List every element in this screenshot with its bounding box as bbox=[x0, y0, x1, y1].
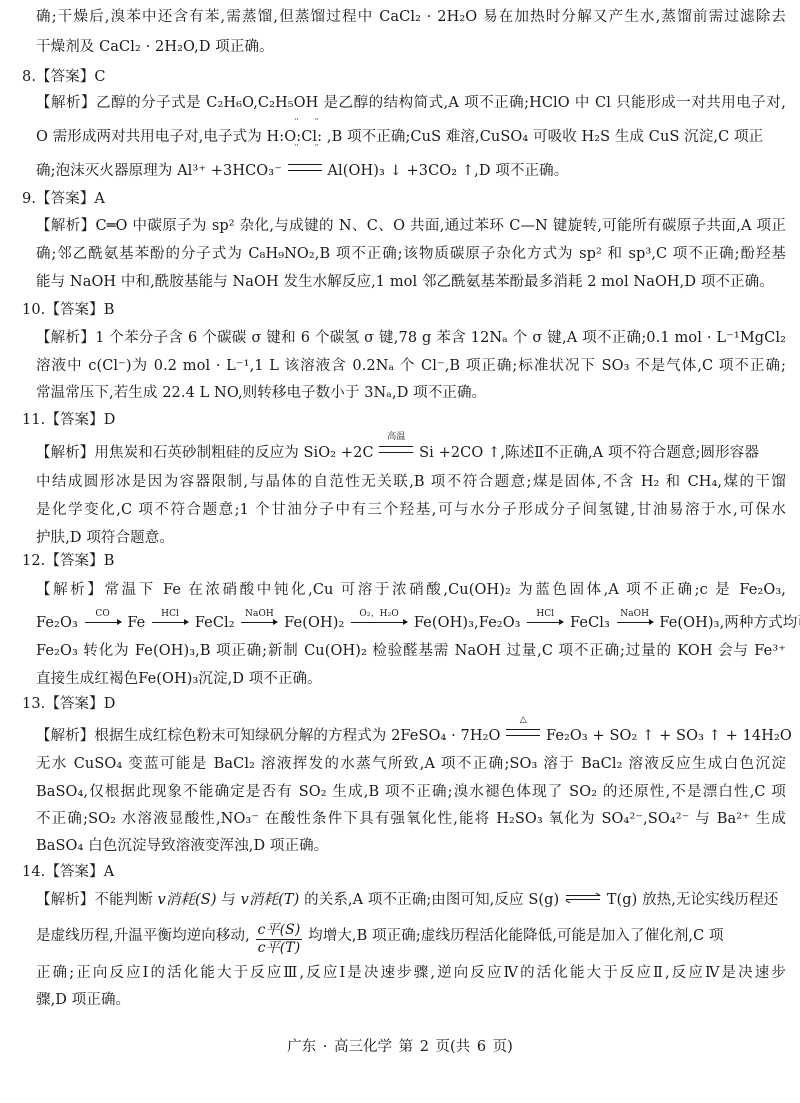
text-line: BaSO₄ 白色沉淀导致溶液变浑浊,D 项正确。 bbox=[36, 836, 328, 856]
text-line: 不正确;SO₂ 水溶液显酸性,NO₃⁻ 在酸性条件下具有强氧化性,能将 H₂SO… bbox=[36, 809, 786, 829]
text-span: O 需形成两对共用电子对,电子式为 bbox=[36, 129, 262, 145]
text-line: O 需形成两对共用电子对,电子式为 H:O:Cl: ¨ ¨ ¨ ¨ ,B 项不正… bbox=[36, 127, 763, 147]
text-line: 确;邻乙酰氨基苯酚的分子式为 C₈H₉NO₂,B 项不正确;该物质碳原子杂化方式… bbox=[36, 244, 786, 264]
text-line: 护肤,D 项符合题意。 bbox=[36, 528, 174, 548]
question-8-answer: 8.【答案】C bbox=[22, 67, 106, 87]
equilibrium-arrow-icon bbox=[566, 894, 600, 901]
text-line: 溶液中 c(Cl⁻)为 0.2 mol · L⁻¹,1 L 该溶液含 0.2Nₐ… bbox=[36, 356, 786, 376]
text-line: 确;干燥后,溴苯中还含有苯,需蒸馏,但蒸馏过程中 CaCl₂ · 2H₂O 易在… bbox=[36, 7, 786, 27]
answer-key-page: 确;干燥后,溴苯中还含有苯,需蒸馏,但蒸馏过程中 CaCl₂ · 2H₂O 易在… bbox=[0, 0, 800, 1103]
equals-sign-icon bbox=[506, 729, 540, 736]
text-span: 【解析】用焦炭和石英砂制粗硅的反应为 SiO₂ +2C bbox=[36, 445, 374, 461]
species: FeCl₃ bbox=[570, 615, 610, 631]
text-line: 常温常压下,若生成 22.4 L NO,则转移电子数小于 3Nₐ,D 项不正确。 bbox=[36, 383, 486, 403]
lone-pair-dots: ¨ ¨ bbox=[267, 121, 323, 127]
text-span: T(g) 放热,无论实线历程还 bbox=[607, 892, 779, 908]
reaction-condition: 高温 bbox=[378, 443, 414, 463]
text-span: 【解析】根据生成红棕色粉末可知绿矾分解的方程式为 2FeSO₄ · 7H₂O bbox=[36, 728, 501, 744]
text-span: Si +2CO ↑,陈述Ⅱ不正确,A 项不符合题意;圆形容器 bbox=[419, 445, 759, 461]
text-span: 是虚线历程,升温平衡均逆向移动, bbox=[36, 928, 250, 944]
equals-sign-icon bbox=[379, 446, 413, 453]
question-13-answer: 13.【答案】D bbox=[22, 694, 116, 714]
text-span: Al(OH)₃ ↓ +3CO₂ ↑,D 项不正确。 bbox=[327, 163, 568, 179]
text-span: 【解析】不能判断 bbox=[36, 892, 153, 908]
reaction-condition: △ bbox=[505, 726, 541, 746]
text-line: 无水 CuSO₄ 变蓝可能是 BaCl₂ 溶液挥发的水蒸气所致,A 项不正确;S… bbox=[36, 754, 786, 774]
lewis-structure-hocl: H:O:Cl: ¨ ¨ ¨ ¨ bbox=[267, 127, 323, 147]
species: Fe(OH)₃,Fe₂O₃ bbox=[414, 615, 521, 631]
lone-pair-dots: ¨ ¨ bbox=[267, 147, 323, 153]
text-line: 【解析】C═O 中碳原子为 sp² 杂化,与成键的 N、C、O 共面,通过苯环 … bbox=[36, 216, 786, 236]
text-line: 【解析】常温下 Fe 在浓硝酸中钝化,Cu 可溶于浓硝酸,Cu(OH)₂ 为蓝色… bbox=[36, 580, 786, 600]
question-9-answer: 9.【答案】A bbox=[22, 189, 105, 209]
heat-symbol-icon: △ bbox=[505, 715, 541, 725]
species: FeCl₂ bbox=[195, 615, 235, 631]
species: Fe(OH)₂ bbox=[284, 615, 344, 631]
question-10-answer: 10.【答案】B bbox=[22, 300, 115, 320]
rate-term: v消耗(T) bbox=[241, 892, 300, 908]
text-span: 确;泡沫灭火器原理为 Al³⁺ +3HCO₃⁻ bbox=[36, 163, 282, 179]
text-line: Fe₂O₃ 转化为 Fe(OH)₃,B 项正确;新制 Cu(OH)₂ 检验醛基需… bbox=[36, 641, 786, 661]
text-span: ,B 项不正确;CuS 难溶,CuSO₄ 可吸收 H₂S 生成 CuS 沉淀,C… bbox=[327, 129, 763, 145]
text-line: 正确;正向反应Ⅰ的活化能大于反应Ⅲ,反应Ⅰ是决速步骤,逆向反应Ⅳ的活化能大于反应… bbox=[36, 963, 786, 983]
reaction-scheme-line: Fe₂O₃ CO Fe HCl FeCl₂ NaOH Fe(OH)₂ O₂、H₂… bbox=[36, 613, 800, 633]
text-span: 与 bbox=[221, 892, 236, 908]
text-line: 是虚线历程,升温平衡均逆向移动, c平(S) c平(T) 均增大,B 项正确;虚… bbox=[36, 922, 724, 942]
reaction-arrow-icon: O₂、H₂O bbox=[351, 622, 407, 623]
question-12-answer: 12.【答案】B bbox=[22, 551, 115, 571]
text-span: 均增大,B 项正确;虚线历程活化能降低,可能是加入了催化剂,C 项 bbox=[308, 928, 723, 944]
text-span: Fe₂O₃ + SO₂ ↑ + SO₃ ↑ + 14H₂O ↑。 bbox=[546, 728, 800, 744]
reaction-arrow-icon: NaOH bbox=[617, 622, 653, 623]
text-line: 中结成圆形冰是因为容器限制,与晶体的自范性无关联,B 项不符合题意;煤是固体,不… bbox=[36, 472, 786, 492]
fraction-denominator: c平(T) bbox=[256, 940, 303, 957]
species: Fe bbox=[127, 615, 145, 631]
text-line: BaSO₄,仅根据此现象不能确定是否有 SO₂ 生成,B 项不正确;溴水褪色体现… bbox=[36, 782, 786, 802]
reaction-arrow-icon: HCl bbox=[152, 622, 188, 623]
fraction-numerator: c平(S) bbox=[256, 922, 303, 940]
text-line: 能与 NaOH 中和,酰胺基能与 NaOH 发生水解反应,1 mol 邻乙酰氨基… bbox=[36, 272, 774, 292]
reaction-arrow-icon: NaOH bbox=[241, 622, 277, 623]
reaction-arrow-icon: CO bbox=[85, 622, 121, 623]
lewis-formula: H:O:Cl: bbox=[267, 129, 323, 145]
page-footer: 广东 · 高三化学 第 2 页(共 6 页) bbox=[0, 1035, 800, 1056]
text-line: 确;泡沫灭火器原理为 Al³⁺ +3HCO₃⁻ Al(OH)₃ ↓ +3CO₂ … bbox=[36, 161, 568, 181]
species: Fe(OH)₃,两种方式均可实现 bbox=[659, 615, 800, 631]
rate-term: v消耗(S) bbox=[158, 892, 217, 908]
text-span: 的关系,A 项不正确;由图可知,反应 S(g) bbox=[304, 892, 559, 908]
condition-label: 高温 bbox=[378, 432, 414, 442]
text-line: 直接生成红褐色Fe(OH)₃沉淀,D 项不正确。 bbox=[36, 669, 322, 689]
text-line: 【解析】不能判断 v消耗(S) 与 v消耗(T) 的关系,A 项不正确;由图可知… bbox=[36, 890, 778, 910]
text-line: 是化学变化,C 项不符合题意;1 个甘油分子中有三个羟基,可与水分子形成分子间氢… bbox=[36, 500, 786, 520]
species: Fe₂O₃ bbox=[36, 615, 78, 631]
concentration-ratio: c平(S) c平(T) bbox=[256, 922, 303, 957]
question-11-answer: 11.【答案】D bbox=[22, 410, 116, 430]
text-line: 【解析】用焦炭和石英砂制粗硅的反应为 SiO₂ +2C 高温 Si +2CO ↑… bbox=[36, 443, 759, 463]
text-line: 骤,D 项正确。 bbox=[36, 990, 130, 1010]
text-line: 【解析】1 个苯分子含 6 个碳碳 σ 键和 6 个碳氢 σ 键,78 g 苯含… bbox=[36, 328, 786, 348]
reaction-arrow-icon: HCl bbox=[527, 622, 563, 623]
text-line: 【解析】乙醇的分子式是 C₂H₆O,C₂H₅OH 是乙醇的结构简式,A 项不正确… bbox=[36, 93, 786, 113]
question-14-answer: 14.【答案】A bbox=[22, 862, 114, 882]
text-line: 【解析】根据生成红棕色粉末可知绿矾分解的方程式为 2FeSO₄ · 7H₂O △… bbox=[36, 726, 800, 746]
text-line: 干燥剂及 CaCl₂ · 2H₂O,D 项正确。 bbox=[36, 37, 274, 57]
equals-sign-icon bbox=[288, 164, 322, 171]
